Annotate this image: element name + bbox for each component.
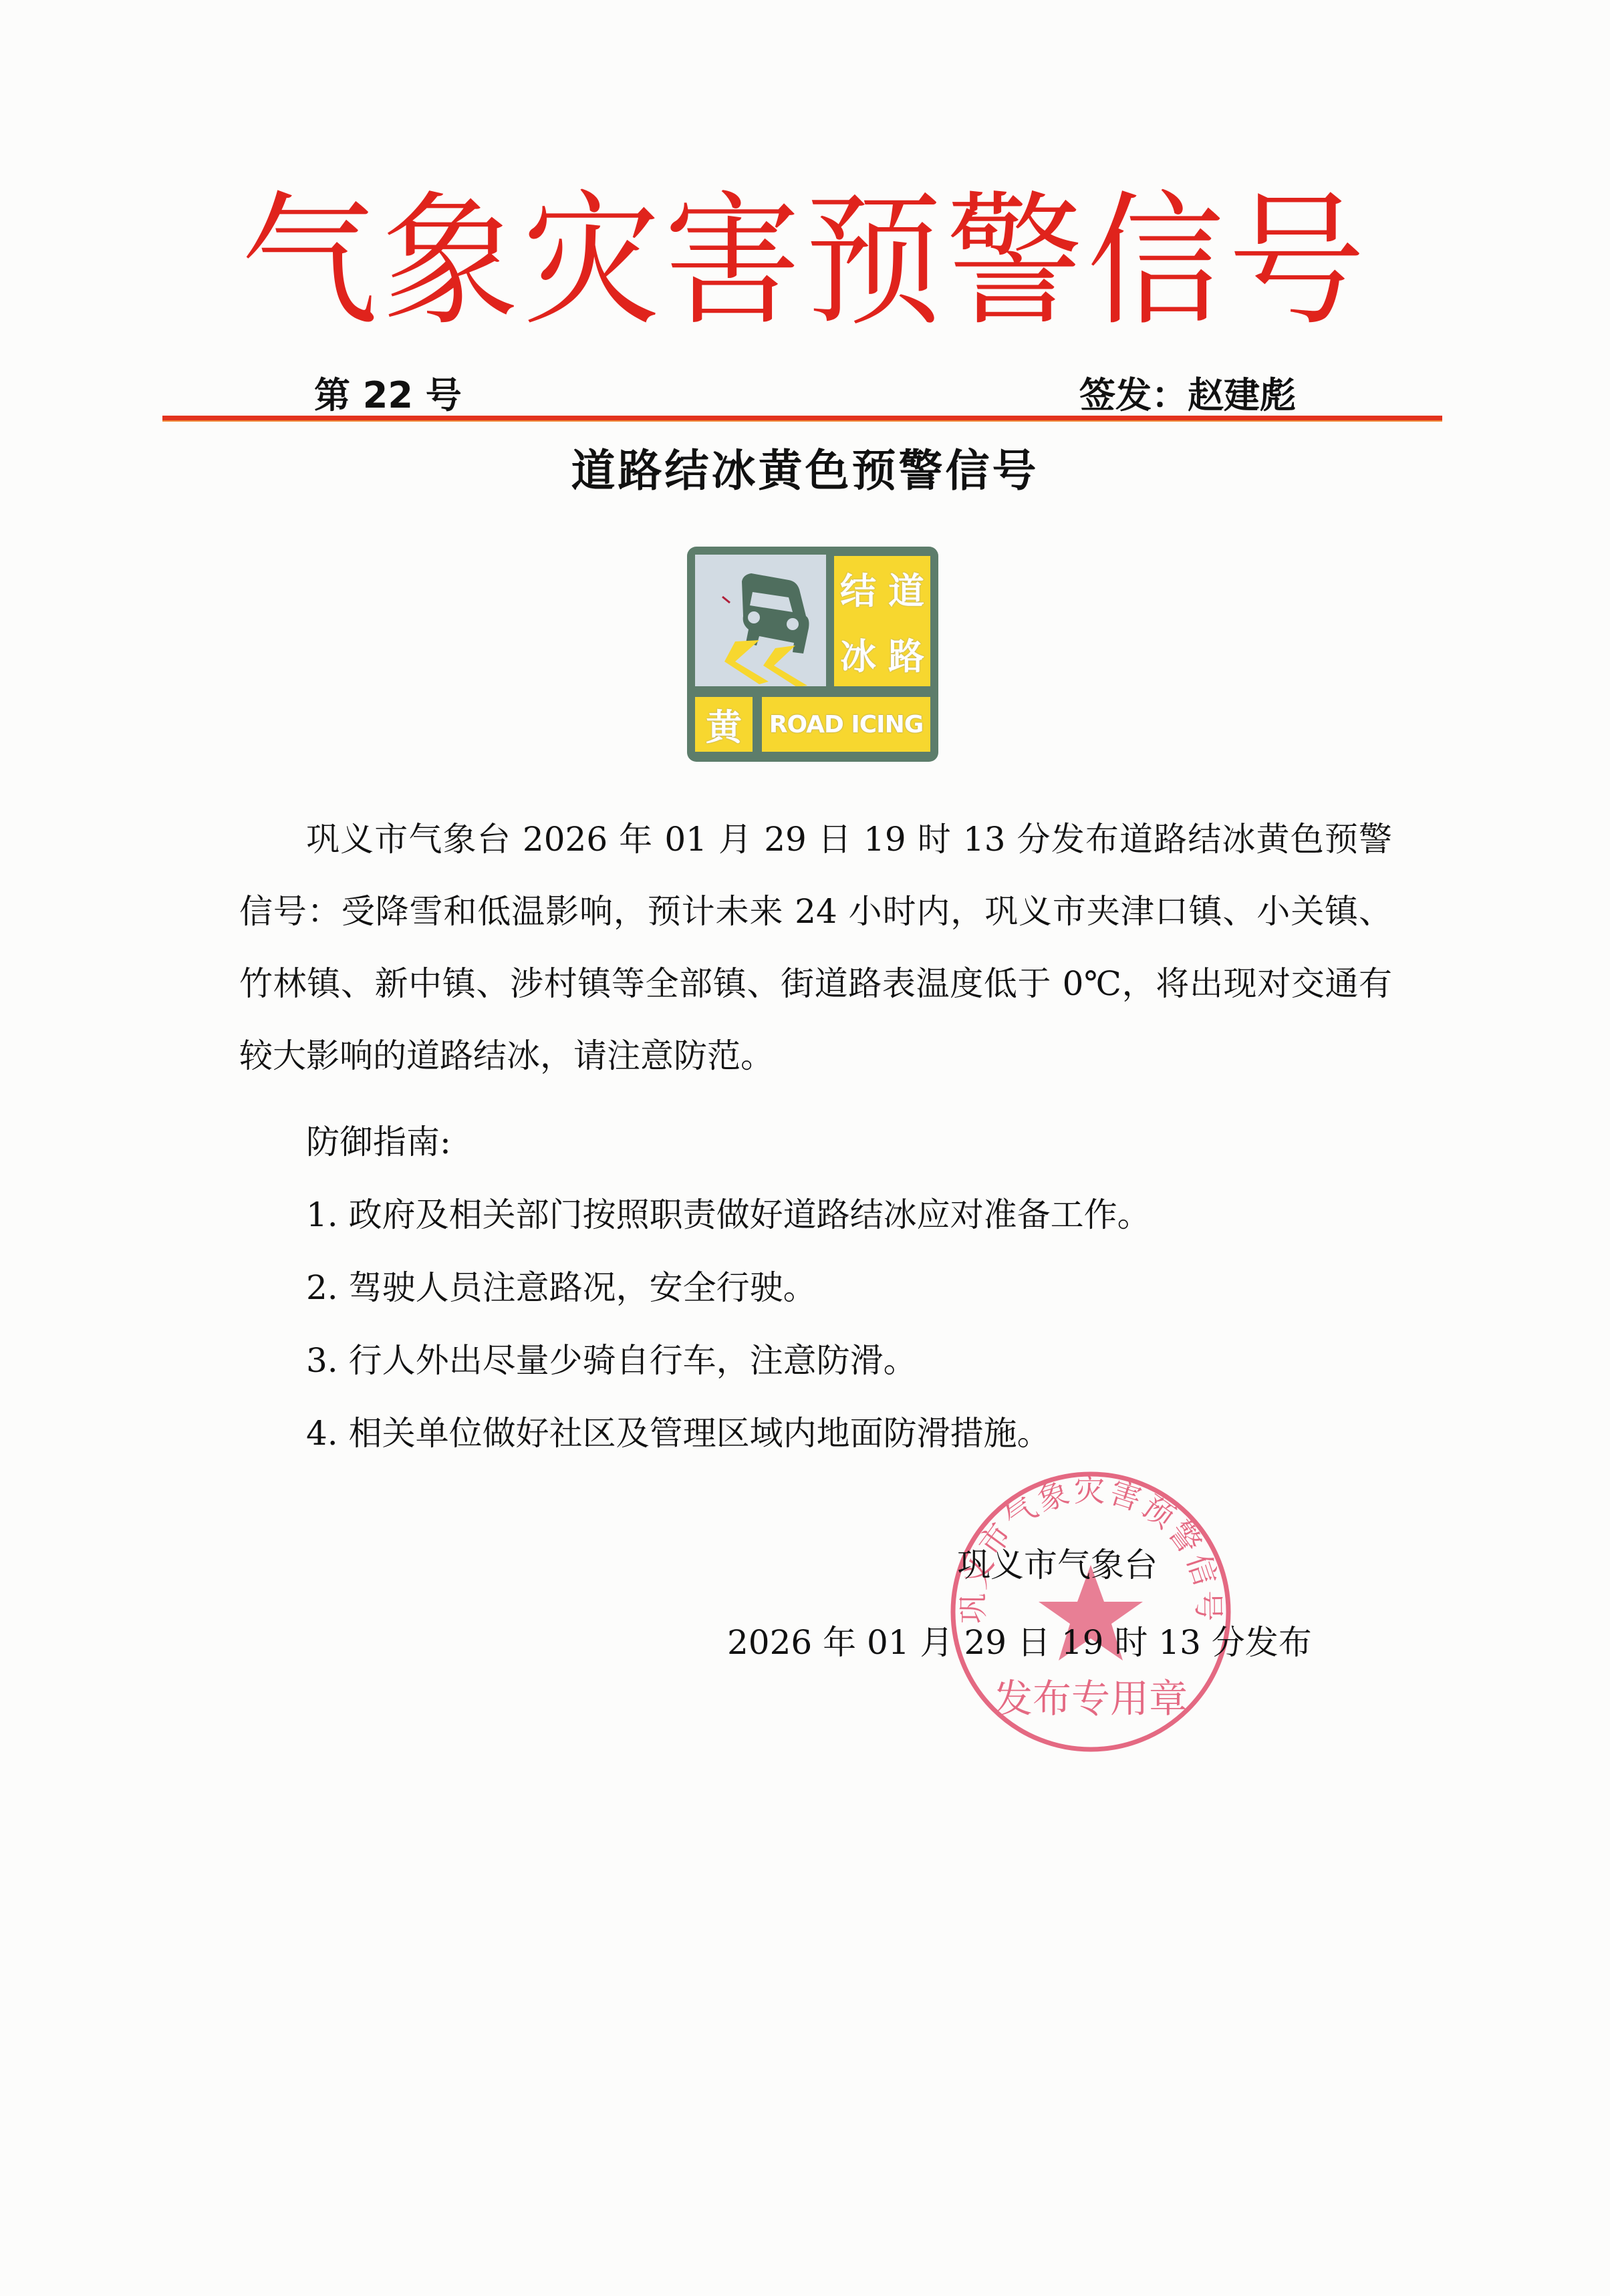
signal-char-4: 路 — [882, 621, 930, 687]
issue-datetime: 2026 年 01 月 29 日 19 时 13 分发布 — [727, 1616, 1312, 1664]
document-masthead-title: 气象灾害预警信号 — [0, 190, 1610, 334]
guide-item: 4. 相关单位做好社区及管理区域内地面防滑措施。 — [306, 1397, 1051, 1469]
issuing-organization: 巩义市气象台 — [957, 1538, 1158, 1586]
header-divider-rule — [162, 416, 1442, 422]
document-number: 第 22 号 — [314, 378, 462, 414]
official-seal-stamp: 巩义市气象灾害预警信号 发布专用章 — [944, 1465, 1238, 1759]
signal-english-label: ROAD ICING — [762, 697, 930, 752]
signal-char-3: 冰 — [834, 621, 882, 687]
warning-title: 道路结冰黄色预警信号 — [0, 449, 1610, 493]
signal-char-2: 道 — [882, 556, 930, 621]
issuer-signature: 签发：赵建彪 — [1079, 378, 1296, 414]
signal-level-label: 黄 — [695, 697, 753, 752]
guide-item: 1. 政府及相关部门按照职责做好道路结冰应对准备工作。 — [306, 1179, 1151, 1251]
defense-guide-heading: 防御指南: — [306, 1106, 451, 1178]
skidding-car-icon — [695, 555, 826, 686]
signal-chinese-label: 结 道 冰 路 — [834, 556, 930, 686]
guide-item: 3. 行人外出尽量少骑自行车，注意防滑。 — [306, 1324, 917, 1397]
signal-char-1: 结 — [834, 556, 882, 621]
guide-item: 2. 驾驶人员注意路况，安全行驶。 — [306, 1252, 817, 1324]
stamp-bottom-text: 发布专用章 — [994, 1676, 1188, 1721]
road-icing-signal-icon: 结 道 冰 路 黄 ROAD ICING — [687, 547, 938, 762]
warning-body-paragraph: 巩义市气象台 2026 年 01 月 29 日 19 时 13 分发布道路结冰黄… — [239, 803, 1392, 1092]
